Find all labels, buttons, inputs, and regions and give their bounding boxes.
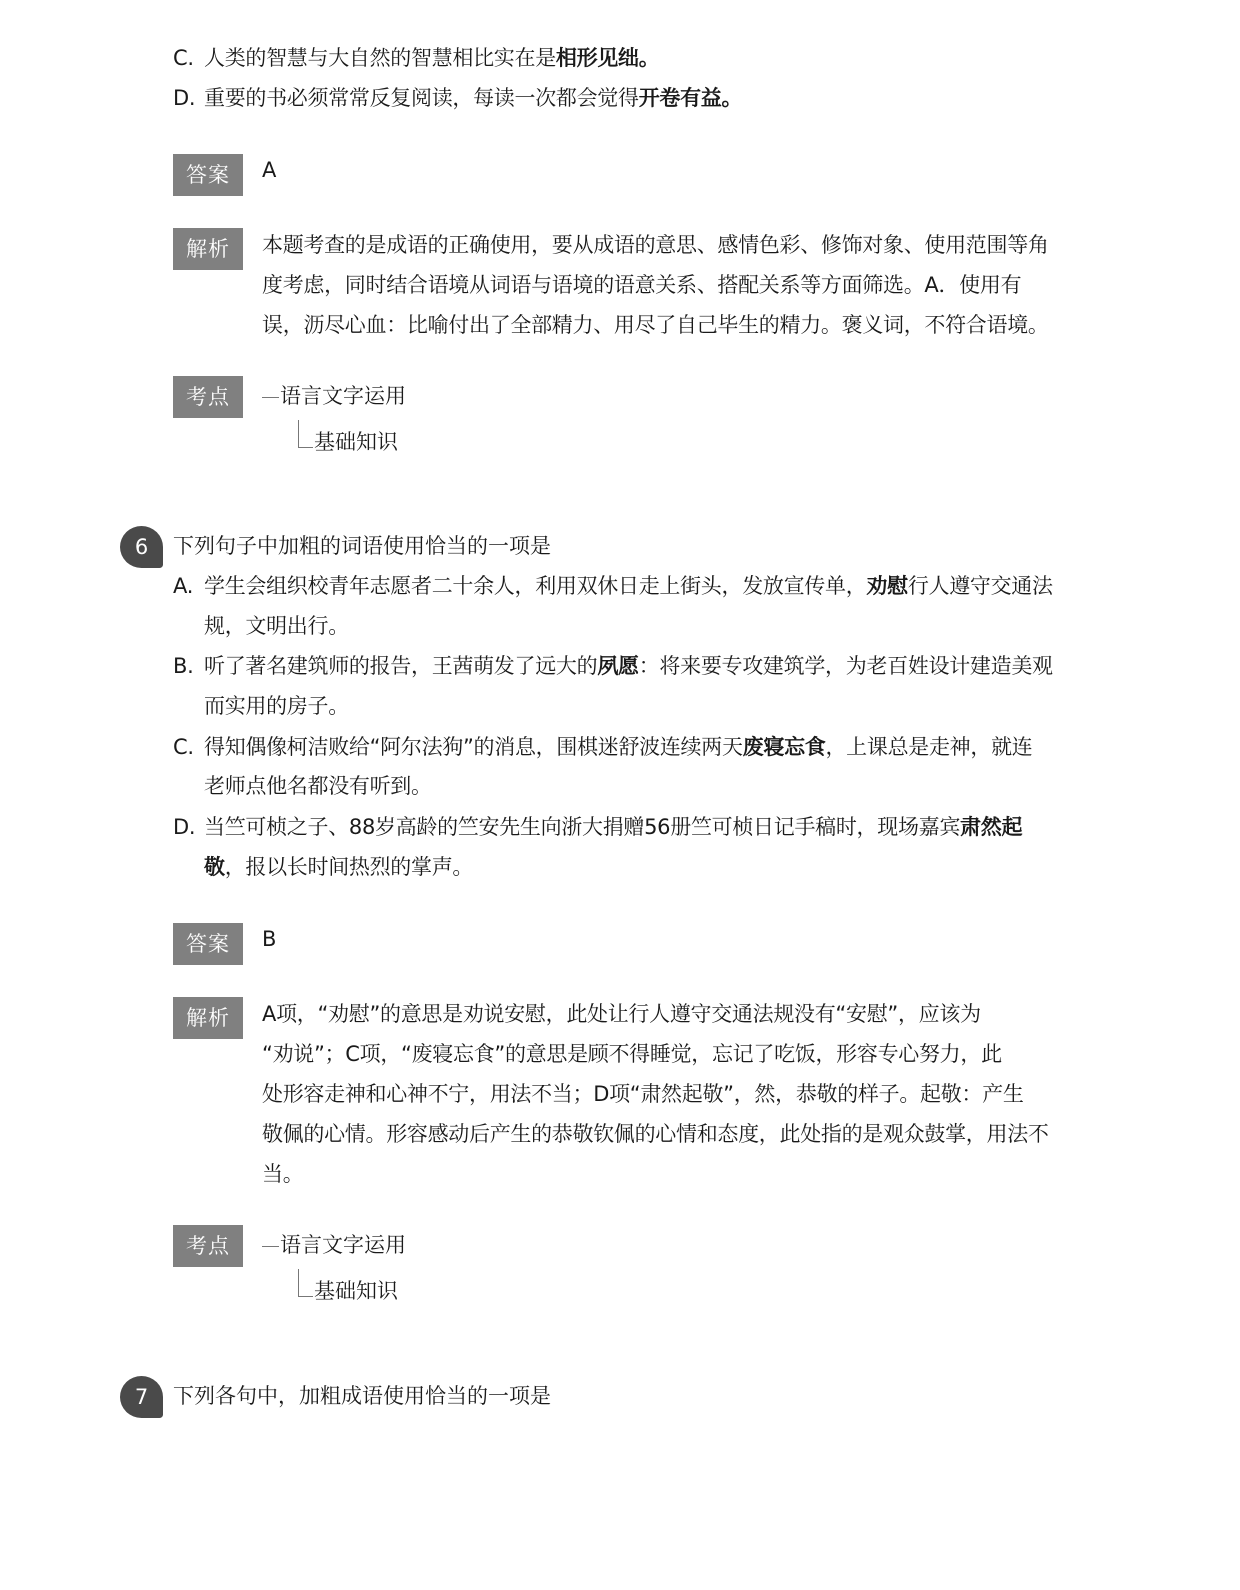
kaodian-subtopic: 基础知识 [314, 1271, 398, 1311]
analysis-text: 本题考查的是成语的正确使用，要从成语的意思、感情色彩、修饰对象、使用范围等角 度… [262, 225, 1092, 345]
option-text: 而实用的房子。 [204, 694, 349, 718]
analysis-line: 敬佩的心情。形容感动后产生的恭敬钦佩的心情和态度，此处指的是观众鼓掌，用法不 [262, 1114, 1092, 1154]
option-bold-term: 敬 [204, 855, 225, 879]
tree-connector [298, 420, 299, 448]
analysis-text: A项，“劝慰”的意思是劝说安慰，此处让行人遵守交通法规没有“安慰”，应该为 “劝… [262, 994, 1092, 1194]
option-text: 得知偶像柯洁败给“阿尔法狗”的消息，围棋迷舒波连续两天 [204, 735, 743, 759]
option-text: 规，文明出行。 [204, 614, 349, 638]
kaodian-label: 考点 [173, 376, 243, 418]
tree-connector [262, 397, 279, 398]
option-c: C.得知偶像柯洁败给“阿尔法狗”的消息，围棋迷舒波连续两天废寝忘食，上课总是走神… [173, 727, 1032, 767]
analysis-line: 当。 [262, 1154, 1092, 1194]
answer-value: A [262, 150, 276, 190]
analysis-line: “劝说”；C项，“废寝忘食”的意思是顾不得睡觉，忘记了吃饭，形容专心努力，此 [262, 1034, 1092, 1074]
option-a: A.学生会组织校青年志愿者二十余人，利用双休日走上街头，发放宣传单，劝慰行人遵守… [173, 566, 1053, 606]
option-letter: D. [173, 807, 204, 847]
question-number-badge: 7 [120, 1376, 163, 1418]
option-letter: D. [173, 78, 204, 118]
option-d-continued: 敬，报以长时间热烈的掌声。 [204, 847, 473, 887]
option-letter: A. [173, 566, 204, 606]
question-number-badge: 6 [120, 526, 163, 568]
option-letter: C. [173, 38, 204, 78]
option-d: D.重要的书必须常常反复阅读，每读一次都会觉得开卷有益。 [173, 78, 742, 118]
tree-connector [298, 447, 313, 448]
option-letter: C. [173, 727, 204, 767]
option-bold-term: 肃然起 [960, 815, 1022, 839]
option-text: 学生会组织校青年志愿者二十余人，利用双休日走上街头，发放宣传单， [204, 574, 866, 598]
option-text: 重要的书必须常常反复阅读，每读一次都会觉得 [204, 86, 639, 110]
analysis-line: 处形容走神和心神不宁，用法不当；D项“肃然起敬”，然，恭敬的样子。起敬：产生 [262, 1074, 1092, 1114]
option-text: 人类的智慧与大自然的智慧相比实在是 [204, 46, 556, 70]
tree-connector [262, 1246, 279, 1247]
option-text: ，报以长时间热烈的掌声。 [225, 855, 473, 879]
question-stem: 下列句子中加粗的词语使用恰当的一项是 [173, 526, 551, 566]
option-d: D.当竺可桢之子、88岁高龄的竺安先生向浙大捐赠56册竺可桢日记手稿时，现场嘉宾… [173, 807, 1022, 847]
option-c-continued: 老师点他名都没有听到。 [204, 766, 432, 806]
option-text: ，上课总是走神，就连 [825, 735, 1032, 759]
analysis-line: 度考虑，同时结合语境从词语与语境的语意关系、搭配关系等方面筛选。A．使用有 [262, 265, 1092, 305]
answer-label: 答案 [173, 923, 243, 965]
option-bold-term: 夙愿 [597, 654, 638, 678]
kaodian-topic: 语言文字运用 [280, 1225, 406, 1265]
option-text: ：将来要专攻建筑学，为老百姓设计建造美观 [639, 654, 1053, 678]
option-bold-term: 开卷有益。 [639, 86, 743, 110]
option-text: 老师点他名都没有听到。 [204, 774, 432, 798]
option-c: C.人类的智慧与大自然的智慧相比实在是相形见绌。 [173, 38, 659, 78]
option-text: 听了著名建筑师的报告，王茜萌发了远大的 [204, 654, 597, 678]
tree-connector [298, 1269, 299, 1297]
kaodian-subtopic: 基础知识 [314, 422, 398, 462]
option-b: B.听了著名建筑师的报告，王茜萌发了远大的夙愿：将来要专攻建筑学，为老百姓设计建… [173, 646, 1053, 686]
answer-value: B [262, 919, 276, 959]
option-text: 当竺可桢之子、88岁高龄的竺安先生向浙大捐赠56册竺可桢日记手稿时，现场嘉宾 [204, 815, 960, 839]
option-bold-term: 劝慰 [866, 574, 907, 598]
kaodian-topic: 语言文字运用 [280, 376, 406, 416]
option-bold-term: 废寝忘食 [743, 735, 826, 759]
analysis-line: 误，沥尽心血：比喻付出了全部精力、用尽了自己毕生的精力。褒义词，不符合语境。 [262, 305, 1092, 345]
option-a-continued: 规，文明出行。 [204, 606, 349, 646]
kaodian-label: 考点 [173, 1225, 243, 1267]
option-b-continued: 而实用的房子。 [204, 686, 349, 726]
analysis-line: A项，“劝慰”的意思是劝说安慰，此处让行人遵守交通法规没有“安慰”，应该为 [262, 994, 1092, 1034]
question-stem: 下列各句中，加粗成语使用恰当的一项是 [173, 1376, 551, 1416]
analysis-line: 本题考查的是成语的正确使用，要从成语的意思、感情色彩、修饰对象、使用范围等角 [262, 225, 1092, 265]
option-letter: B. [173, 646, 204, 686]
answer-label: 答案 [173, 154, 243, 196]
analysis-label: 解析 [173, 997, 243, 1039]
option-text: 行人遵守交通法 [908, 574, 1053, 598]
document-page: C.人类的智慧与大自然的智慧相比实在是相形见绌。 D.重要的书必须常常反复阅读，… [0, 0, 1240, 1590]
option-bold-term: 相形见绌。 [556, 46, 660, 70]
analysis-label: 解析 [173, 228, 243, 270]
tree-connector [298, 1296, 313, 1297]
